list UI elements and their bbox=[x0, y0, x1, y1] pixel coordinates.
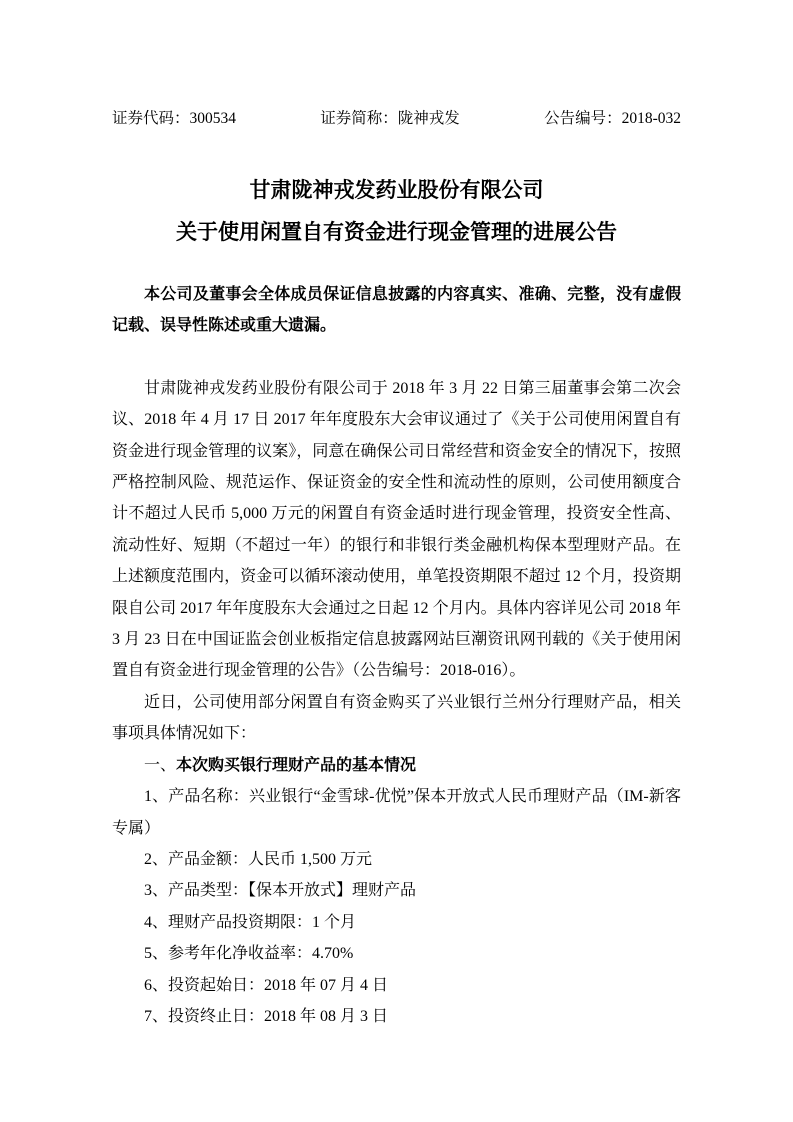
document-header: 证券代码：300534 证券简称：陇神戎发 公告编号：2018-032 bbox=[112, 110, 681, 128]
stock-short-name: 证券简称：陇神戎发 bbox=[320, 110, 460, 128]
list-item-product-amount: 2、产品金额：人民币 1,500 万元 bbox=[112, 844, 681, 875]
section-heading: 一、本次购买银行理财产品的基本情况 bbox=[112, 750, 681, 781]
list-item-product-name: 1、产品名称：兴业银行“金雪球-优悦”保本开放式人民币理财产品（IM-新客专属） bbox=[112, 781, 681, 844]
stock-code: 证券代码：300534 bbox=[112, 110, 236, 128]
section-number: 一、 bbox=[144, 757, 176, 774]
list-item-product-type: 3、产品类型：【保本开放式】理财产品 bbox=[112, 875, 681, 906]
announcement-number: 公告编号：2018-032 bbox=[544, 110, 681, 128]
body-paragraph-recent-purchase: 近日，公司使用部分闲置自有资金购买了兴业银行兰州分行理财产品，相关事项具体情况如… bbox=[112, 687, 681, 750]
list-item-end-date: 7、投资终止日：2018 年 08 月 3 日 bbox=[112, 1001, 681, 1032]
list-item-investment-term: 4、理财产品投资期限：1 个月 bbox=[112, 907, 681, 938]
section-title: 本次购买银行理财产品的基本情况 bbox=[176, 757, 416, 774]
product-detail-list: 1、产品名称：兴业银行“金雪球-优悦”保本开放式人民币理财产品（IM-新客专属）… bbox=[112, 781, 681, 1032]
list-item-start-date: 6、投资起始日：2018 年 07 月 4 日 bbox=[112, 970, 681, 1001]
body-paragraph-approval-history: 甘肃陇神戎发药业股份有限公司于 2018 年 3 月 22 日第三届董事会第二次… bbox=[112, 373, 681, 687]
announcement-page: 证券代码：300534 证券简称：陇神戎发 公告编号：2018-032 甘肃陇神… bbox=[0, 0, 793, 1122]
document-title-line-1: 甘肃陇神戎发药业股份有限公司 bbox=[112, 169, 681, 211]
board-disclaimer: 本公司及董事会全体成员保证信息披露的内容真实、准确、完整，没有虚假记载、误导性陈… bbox=[112, 279, 681, 342]
list-item-annualized-yield: 5、参考年化净收益率：4.70% bbox=[112, 938, 681, 969]
document-title-line-2: 关于使用闲置自有资金进行现金管理的进展公告 bbox=[112, 211, 681, 253]
document-title: 甘肃陇神戎发药业股份有限公司 关于使用闲置自有资金进行现金管理的进展公告 bbox=[112, 169, 681, 253]
